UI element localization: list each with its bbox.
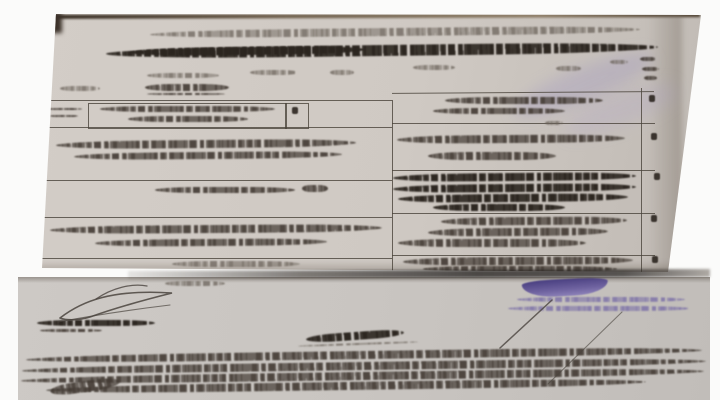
table-rule	[392, 91, 654, 94]
table-column-divider	[392, 100, 393, 272]
bottom-document-photo	[18, 277, 710, 400]
row-number	[651, 133, 657, 140]
field-label	[556, 66, 581, 71]
cell-line	[393, 172, 636, 182]
paper-right-shade	[648, 12, 682, 273]
signature-name-underline	[40, 329, 102, 332]
table-number-column-divider	[641, 88, 642, 272]
signature-label	[172, 261, 300, 267]
row-number	[654, 173, 660, 180]
letter-heading-underline	[298, 341, 418, 347]
handwritten-line	[74, 151, 342, 160]
paper-corner-shadow	[50, 13, 62, 33]
field-value-handwritten	[145, 84, 229, 91]
table-rule	[43, 217, 392, 218]
field-label	[250, 70, 298, 75]
header-line	[150, 25, 640, 38]
handwritten-line	[95, 238, 327, 247]
field-underline	[147, 93, 225, 95]
phone-number	[155, 187, 295, 193]
stub-dash	[48, 108, 82, 110]
box-entry-line	[100, 106, 275, 112]
cell-line	[393, 183, 636, 193]
cell-line	[397, 134, 625, 144]
column-header-line	[640, 57, 656, 61]
row-number	[652, 256, 658, 263]
field-label	[610, 60, 628, 64]
field-label	[330, 70, 354, 75]
cell-line	[428, 227, 608, 236]
signature-name-line	[37, 320, 155, 326]
phone-label	[302, 185, 328, 192]
faint-fragment	[165, 281, 225, 286]
column-header-line	[642, 67, 659, 71]
table-rule	[392, 123, 655, 124]
row-number	[649, 95, 655, 102]
column-header-line	[644, 76, 657, 80]
stamp-text-line	[508, 306, 690, 311]
field-label	[413, 65, 455, 70]
paper-top-edge	[54, 13, 700, 18]
table-rule	[41, 258, 392, 259]
table-rule	[45, 180, 392, 181]
stub-dash	[50, 115, 78, 117]
top-document-photo	[40, 12, 702, 273]
cell-line	[398, 239, 586, 247]
cell-line	[433, 204, 565, 211]
cell-line	[428, 152, 556, 160]
cell-line	[433, 108, 565, 114]
cell-line	[441, 216, 627, 225]
cell-line	[398, 193, 628, 203]
handwritten-line	[50, 224, 382, 234]
checkbox-mark	[292, 107, 298, 114]
table-rule	[392, 213, 655, 214]
row-number	[651, 215, 657, 222]
table-rule	[392, 170, 655, 171]
table-rule	[48, 100, 392, 101]
purple-stamp-arc	[522, 277, 609, 298]
cell-fragment	[545, 121, 563, 125]
cell-line	[445, 97, 603, 104]
stamp-text-line	[517, 297, 685, 302]
box-entry-line	[128, 116, 248, 122]
field-label	[60, 86, 100, 91]
handwritten-line	[56, 139, 356, 150]
scanned-documents-screenshot	[0, 0, 720, 400]
field-label	[147, 73, 219, 78]
